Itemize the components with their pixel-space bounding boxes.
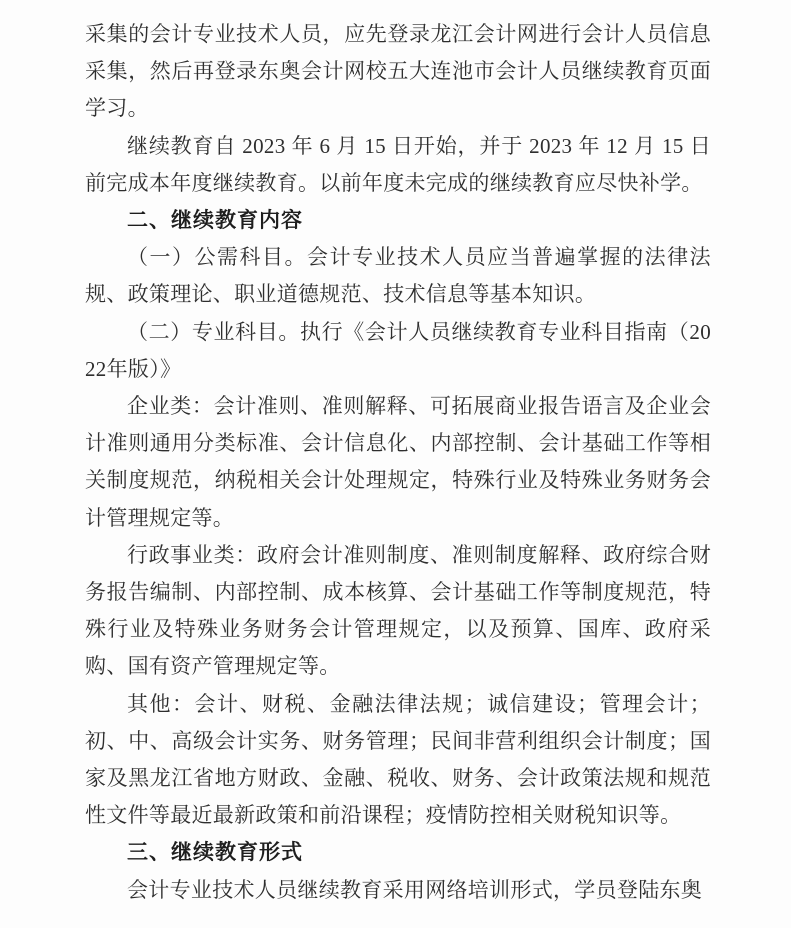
- document-page: 采集的会计专业技术人员，应先登录龙江会计网进行会计人员信息采集，然后再登录东奥会…: [0, 0, 791, 928]
- paragraph: （二）专业科目。执行《会计人员继续教育专业科目指南（2022年版）》: [85, 314, 711, 388]
- document-body: 采集的会计专业技术人员，应先登录龙江会计网进行会计人员信息采集，然后再登录东奥会…: [85, 16, 711, 909]
- paragraph: 会计专业技术人员继续教育采用网络培训形式，学员登陆东奥: [85, 872, 711, 909]
- section-heading: 二、继续教育内容: [85, 202, 711, 239]
- paragraph: 继续教育自 2023 年 6 月 15 日开始，并于 2023 年 12 月 1…: [85, 128, 711, 202]
- paragraph: 其他：会计、财税、金融法律法规；诚信建设；管理会计；初、中、高级会计实务、财务管…: [85, 686, 711, 835]
- paragraph: （一）公需科目。会计专业技术人员应当普遍掌握的法律法规、政策理论、职业道德规范、…: [85, 239, 711, 313]
- section-heading: 三、继续教育形式: [85, 834, 711, 871]
- paragraph: 行政事业类：政府会计准则制度、准则制度解释、政府综合财务报告编制、内部控制、成本…: [85, 537, 711, 686]
- paragraph: 采集的会计专业技术人员，应先登录龙江会计网进行会计人员信息采集，然后再登录东奥会…: [85, 16, 711, 128]
- paragraph: 企业类：会计准则、准则解释、可拓展商业报告语言及企业会计准则通用分类标准、会计信…: [85, 388, 711, 537]
